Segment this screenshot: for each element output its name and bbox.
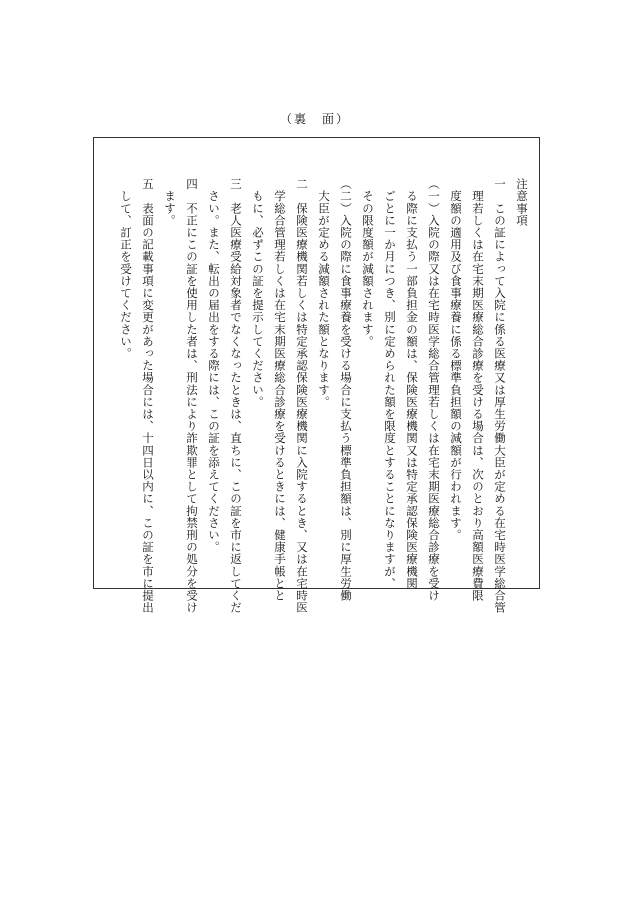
notice-line: 三 老人医療受給対象者でなくなったときは、直ちに、この証を市に返してくだ: [230, 178, 242, 614]
notice-line: る際に支払う一部負担金の額は、保険医療機関又は特定承認保険医療機関: [406, 178, 418, 589]
notice-line: （一）入院の際又は在宅時医学総合管理若しくは在宅末期医療総合診療を受け: [428, 178, 440, 602]
notice-line: ます。: [164, 178, 176, 226]
page-heading: （裏 面）: [0, 110, 630, 127]
notice-line: 五 表面の記載事項に変更があった場合には、十四日以内に、この証を市に提出: [142, 178, 154, 614]
notice-title: 注意事項: [516, 178, 528, 226]
notice-line: さい。また、転出の届出をする際には、この証を添えてください。: [208, 178, 220, 553]
notice-line: 理若しくは在宅末期医療総合診療を受ける場合は、次のとおり高額医療費限: [472, 178, 484, 602]
notice-line: その限度額が減額されます。: [362, 178, 374, 347]
notice-line: ごとに一か月につき、別に定められた額を限度とすることになりますが、: [384, 178, 396, 589]
notice-line: もに、必ずこの証を提示してください。: [252, 178, 264, 408]
notice-line: して、訂正を受けてください。: [120, 178, 132, 360]
notice-box: 注意事項 一 この証によって入院に係る医療又は厚生労働大臣が定める在宅時医学総合…: [93, 137, 540, 589]
notice-line: 学総合管理若しくは在宅末期医療総合診療を受けるときには、健康手帳とと: [274, 178, 286, 602]
notice-line: 一 この証によって入院に係る医療又は厚生労働大臣が定める在宅時医学総合管: [494, 178, 506, 614]
notice-line: 大臣が定める減額された額となります。: [318, 178, 330, 408]
notice-line: 二 保険医療機関若しくは特定承認保険医療機関に入院するとき、又は在宅時医: [296, 178, 308, 614]
notice-line: 度額の適用及び食事療養に係る標準負担額の減額が行われます。: [450, 178, 462, 541]
notice-line: 四 不正にこの証を使用した者は、刑法により詐欺罪として拘禁刑の処分を受け: [186, 178, 198, 614]
notice-line: （二）入院の際に食事療養を受ける場合に支払う標準負担額は、別に厚生労働: [340, 178, 352, 602]
